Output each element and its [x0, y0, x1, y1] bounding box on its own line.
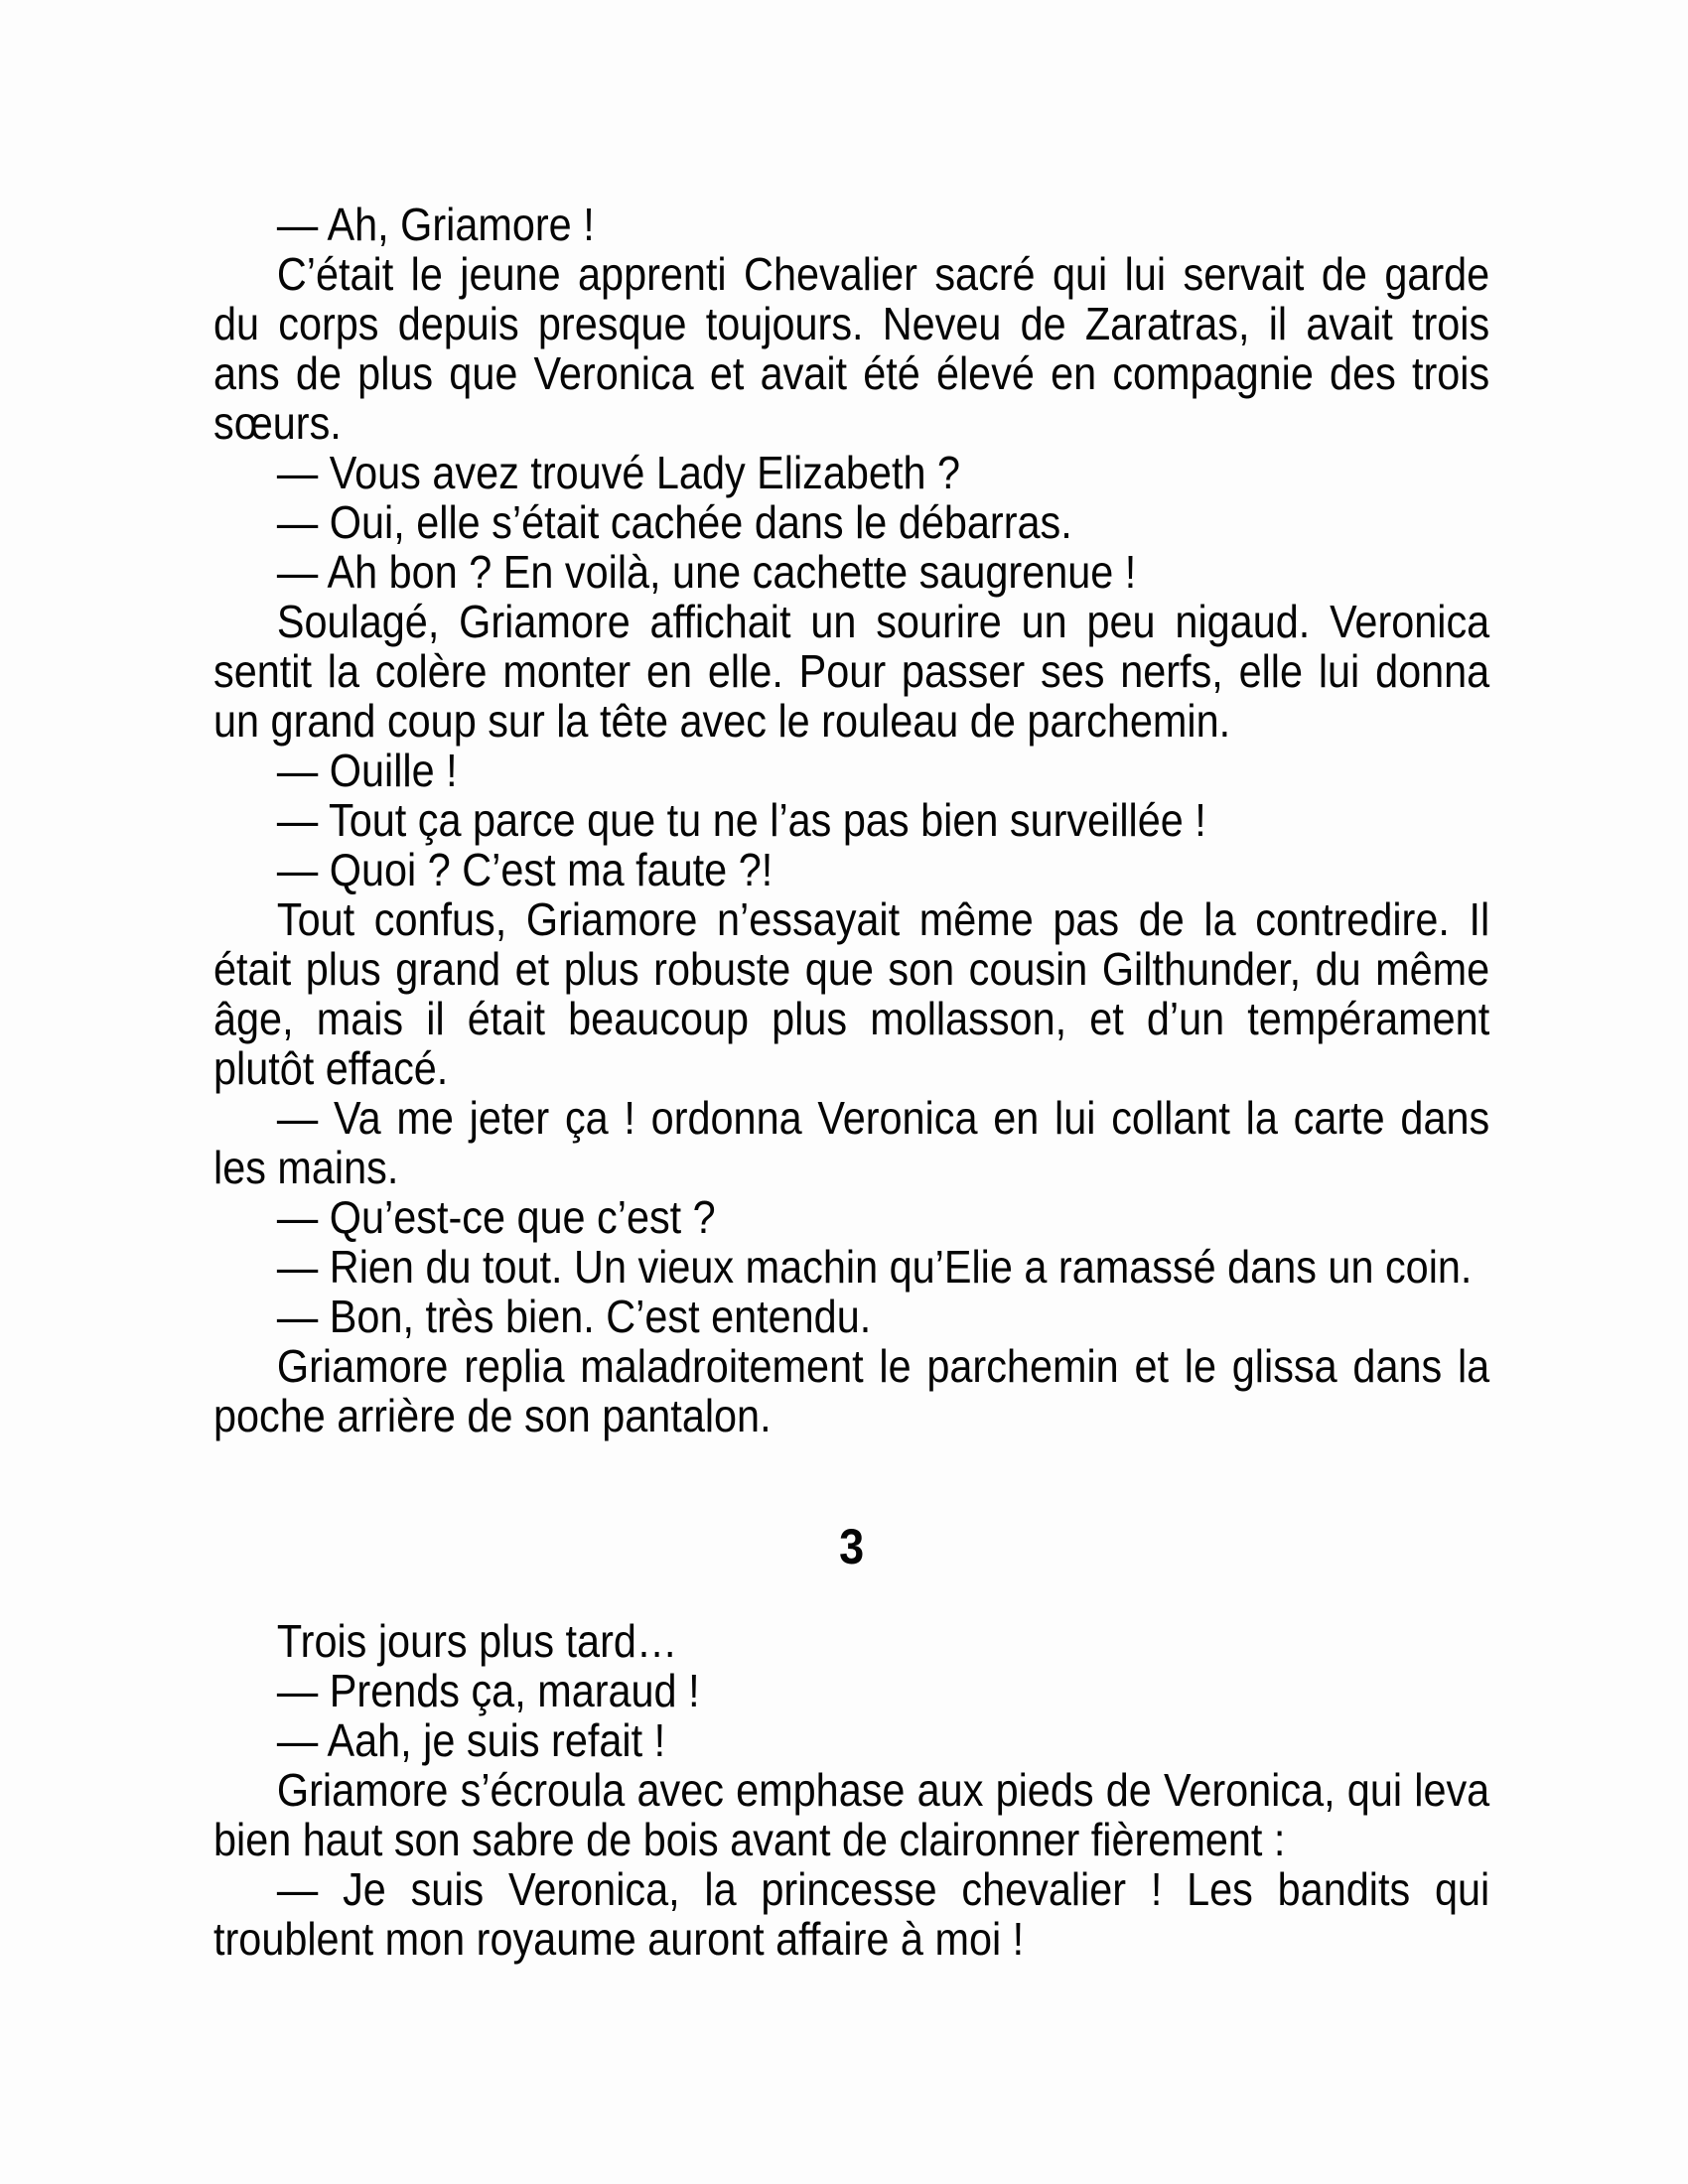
text-line: — Rien du tout. Un vieux machin qu’Elie … — [213, 1242, 1489, 1292]
text-line: sœurs. — [213, 398, 1489, 448]
text-line: — Tout ça parce que tu ne l’as pas bien … — [213, 795, 1489, 845]
text-line: — Oui, elle s’était cachée dans le débar… — [213, 497, 1489, 547]
text-line: troublent mon royaume auront affaire à m… — [213, 1914, 1489, 1964]
paragraph: — Je suis Veronica, la princesse chevali… — [213, 1864, 1489, 1964]
text-line: Tout confus, Griamore n’essayait même pa… — [213, 894, 1489, 944]
paragraph: Soulagé, Griamore affichait un sourire u… — [213, 597, 1489, 746]
text-line: un grand coup sur la tête avec le roulea… — [213, 696, 1489, 746]
text-line: — Bon, très bien. C’est entendu. — [213, 1292, 1489, 1341]
text-line: Griamore replia maladroitement le parche… — [213, 1341, 1489, 1391]
text-line: — Aah, je suis refait ! — [213, 1715, 1489, 1765]
paragraph: — Oui, elle s’était cachée dans le débar… — [213, 497, 1489, 547]
paragraph: Griamore replia maladroitement le parche… — [213, 1341, 1489, 1440]
text-line: plutôt effacé. — [213, 1043, 1489, 1093]
text-line: — Ah bon ? En voilà, une cachette saugre… — [213, 547, 1489, 597]
text-line: ans de plus que Veronica et avait été él… — [213, 348, 1489, 398]
paragraph: — Qu’est-ce que c’est ? — [213, 1192, 1489, 1242]
paragraph: Tout confus, Griamore n’essayait même pa… — [213, 894, 1489, 1093]
text-line: les mains. — [213, 1143, 1489, 1192]
text-line: était plus grand et plus robuste que son… — [213, 944, 1489, 994]
paragraph: — Bon, très bien. C’est entendu. — [213, 1292, 1489, 1341]
text-line: poche arrière de son pantalon. — [213, 1391, 1489, 1440]
text-line: C’était le jeune apprenti Chevalier sacr… — [213, 249, 1489, 299]
text-line: — Ouille ! — [213, 746, 1489, 795]
paragraph: C’était le jeune apprenti Chevalier sacr… — [213, 249, 1489, 448]
book-page: — Ah, Griamore !C’était le jeune apprent… — [0, 0, 1688, 2184]
paragraph: — Vous avez trouvé Lady Elizabeth ? — [213, 448, 1489, 497]
text-line: — Vous avez trouvé Lady Elizabeth ? — [213, 448, 1489, 497]
text-line: — Je suis Veronica, la princesse chevali… — [213, 1864, 1489, 1914]
paragraph: — Tout ça parce que tu ne l’as pas bien … — [213, 795, 1489, 845]
chapter-number: 3 — [213, 1522, 1489, 1571]
text-column: — Ah, Griamore !C’était le jeune apprent… — [213, 200, 1489, 1964]
paragraph: — Rien du tout. Un vieux machin qu’Elie … — [213, 1242, 1489, 1292]
text-line: — Ah, Griamore ! — [213, 200, 1489, 249]
text-line: — Prends ça, maraud ! — [213, 1666, 1489, 1715]
paragraph: — Ouille ! — [213, 746, 1489, 795]
paragraph: — Aah, je suis refait ! — [213, 1715, 1489, 1765]
paragraph: — Ah bon ? En voilà, une cachette saugre… — [213, 547, 1489, 597]
paragraph: — Quoi ? C’est ma faute ?! — [213, 845, 1489, 894]
text-line: — Va me jeter ça ! ordonna Veronica en l… — [213, 1093, 1489, 1143]
text-line: — Quoi ? C’est ma faute ?! — [213, 845, 1489, 894]
text-line: du corps depuis presque toujours. Neveu … — [213, 299, 1489, 348]
paragraph: Griamore s’écroula avec emphase aux pied… — [213, 1765, 1489, 1864]
text-line: Trois jours plus tard… — [213, 1616, 1489, 1666]
paragraph: — Va me jeter ça ! ordonna Veronica en l… — [213, 1093, 1489, 1192]
text-line: sentit la colère monter en elle. Pour pa… — [213, 646, 1489, 696]
text-line: Soulagé, Griamore affichait un sourire u… — [213, 597, 1489, 646]
text-line: âge, mais il était beaucoup plus mollass… — [213, 994, 1489, 1043]
text-line: — Qu’est-ce que c’est ? — [213, 1192, 1489, 1242]
paragraph: — Prends ça, maraud ! — [213, 1666, 1489, 1715]
paragraph: Trois jours plus tard… — [213, 1616, 1489, 1666]
paragraph: — Ah, Griamore ! — [213, 200, 1489, 249]
text-line: Griamore s’écroula avec emphase aux pied… — [213, 1765, 1489, 1815]
text-line: bien haut son sabre de bois avant de cla… — [213, 1815, 1489, 1864]
